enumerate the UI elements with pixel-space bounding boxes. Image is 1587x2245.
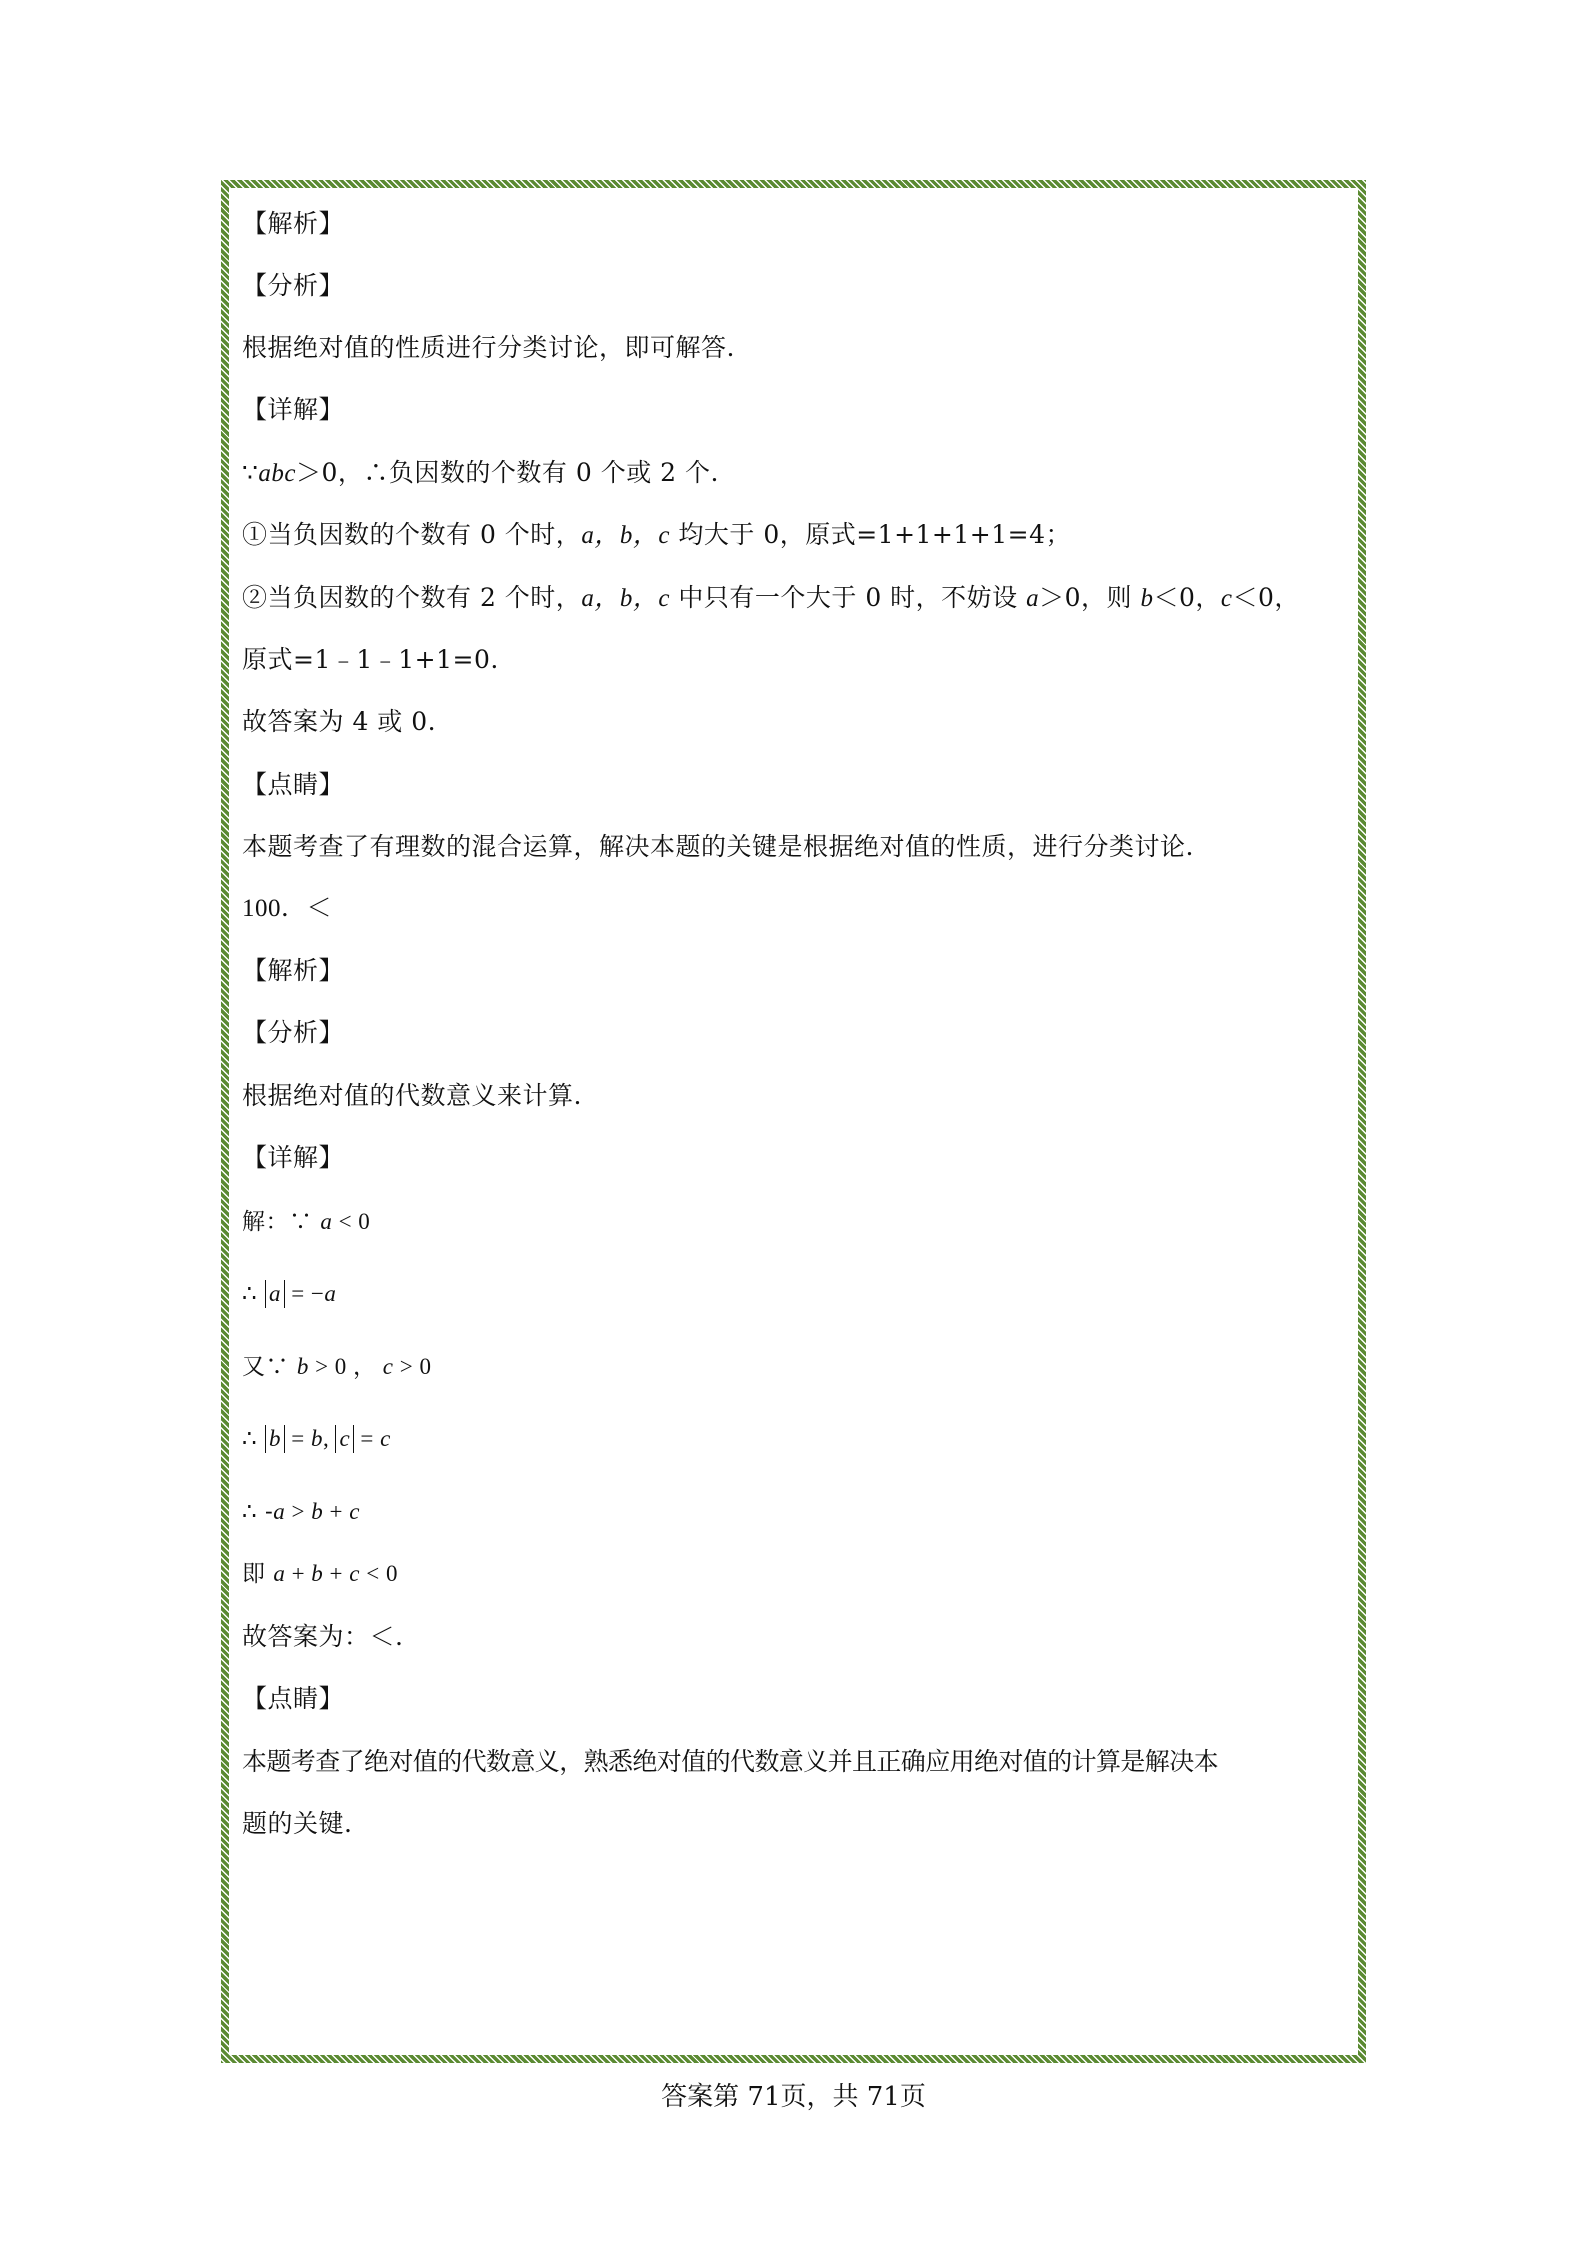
paragraph-comment-1: 本题考查了有理数的混合运算，解决本题的关键是根据绝对值的性质，进行分类讨论. <box>242 832 1194 862</box>
math-var-b: b <box>311 1561 323 1586</box>
math-var-a: a <box>320 1209 332 1234</box>
text-run: + <box>285 1561 311 1586</box>
math-vars: a，b，c <box>581 585 670 612</box>
therefore-symbol: ∴ <box>242 1426 265 1452</box>
text-run: ＞0，则 <box>1039 583 1140 612</box>
text-run: ∴ - <box>242 1499 273 1525</box>
paragraph-comment-2-cont: 题的关键. <box>242 1809 352 1839</box>
abs-value-c: c <box>335 1425 354 1453</box>
math-expr: abc <box>258 460 296 487</box>
section-heading-comment: 【点睛】 <box>242 1684 344 1714</box>
abs-value-a: a <box>265 1280 285 1308</box>
section-heading-comment: 【点睛】 <box>242 770 344 800</box>
math-var-c: c <box>349 1499 360 1524</box>
paragraph-method: 根据绝对值的性质进行分类讨论，即可解答. <box>242 333 735 363</box>
text-run: 均大于 0，原式=1+1+1+1=4； <box>670 520 1071 549</box>
math-var-a: a <box>273 1561 285 1586</box>
paragraph-case-1: ①当负因数的个数有 0 个时，a，b，c 均大于 0，原式=1+1+1+1=4； <box>242 520 1071 551</box>
text-run: + <box>323 1561 349 1586</box>
math-var-a: a <box>324 1281 336 1306</box>
text-run: 即 <box>242 1561 273 1587</box>
math-var-a: a <box>273 1499 285 1524</box>
paragraph-answer-2: 故答案为：＜. <box>242 1622 403 1652</box>
section-heading-analysis: 【解析】 <box>242 209 344 239</box>
math-var-c: c <box>349 1561 360 1586</box>
section-heading-detail: 【详解】 <box>242 1143 344 1173</box>
paragraph-comment-2: 本题考查了绝对值的代数意义，熟悉绝对值的代数意义并且正确应用绝对值的计算是解决本 <box>242 1747 1218 1777</box>
text-run: = − <box>285 1281 324 1306</box>
text-run: 解：∵ <box>242 1209 320 1235</box>
text-run: = <box>285 1426 311 1451</box>
text-run: > 0 <box>394 1354 432 1379</box>
math-var-c: c <box>380 1426 391 1451</box>
math-var-b: b <box>297 1354 309 1379</box>
text-run: < 0 <box>360 1561 398 1586</box>
text-run: = <box>354 1426 380 1451</box>
math-vars: a，b，c <box>581 522 670 549</box>
text-run: ＜0， <box>1153 583 1220 612</box>
text-run: ②当负因数的个数有 2 个时， <box>242 583 581 612</box>
therefore-symbol: ∴ <box>242 1281 265 1307</box>
math-var-c: c <box>1221 585 1233 612</box>
text-run: 中只有一个大于 0 时，不妨设 <box>670 583 1026 612</box>
paragraph-answer-1: 故答案为 4 或 0. <box>242 707 436 737</box>
paragraph-case-2: ②当负因数的个数有 2 个时，a，b，c 中只有一个大于 0 时，不妨设 a＞0… <box>242 583 1300 614</box>
formula-abs-b-c: ∴ b = b, c = c <box>242 1424 391 1454</box>
text-run: < 0 <box>332 1209 370 1234</box>
formula-neg-a-gt: ∴ -a > b + c <box>242 1497 360 1527</box>
text-run: ＜0， <box>1233 583 1300 612</box>
paragraph-case-2-result: 原式=1﹣1﹣1+1=0. <box>242 645 499 675</box>
because-symbol: ∵ <box>242 458 258 487</box>
formula-abs-a: ∴ a = −a <box>242 1279 336 1309</box>
text-run: 又∵ <box>242 1354 297 1380</box>
text-run: > <box>285 1499 311 1524</box>
math-var-a: a <box>1026 585 1039 612</box>
formula-b-c-positive: 又∵ b > 0 ， c > 0 <box>242 1352 432 1382</box>
formula-sum-negative: 即 a + b + c < 0 <box>242 1559 398 1589</box>
section-heading-analysis: 【解析】 <box>242 956 344 986</box>
abs-value-b: b <box>265 1425 285 1453</box>
section-heading-fenxi: 【分析】 <box>242 1018 344 1048</box>
formula-a-negative: 解：∵ a < 0 <box>242 1207 370 1237</box>
text-run: + <box>323 1499 349 1524</box>
page-footer: 答案第 71页，共 71页 <box>0 2080 1587 2114</box>
section-heading-fenxi: 【分析】 <box>242 271 344 301</box>
paragraph-method: 根据绝对值的代数意义来计算. <box>242 1081 582 1111</box>
question-number-100: 100．＜ <box>242 894 332 924</box>
math-var-b: b <box>311 1499 323 1524</box>
text-run: > 0 ， <box>309 1354 383 1379</box>
text-run: , <box>323 1426 336 1451</box>
section-heading-detail: 【详解】 <box>242 395 344 425</box>
text-run: ＞0，∴负因数的个数有 0 个或 2 个. <box>296 458 719 487</box>
paragraph-abc-condition: ∵abc＞0，∴负因数的个数有 0 个或 2 个. <box>242 458 719 489</box>
math-var-c: c <box>383 1354 394 1379</box>
text-run: ①当负因数的个数有 0 个时， <box>242 520 581 549</box>
math-var-b: b <box>311 1426 323 1451</box>
math-var-b: b <box>1140 585 1153 612</box>
